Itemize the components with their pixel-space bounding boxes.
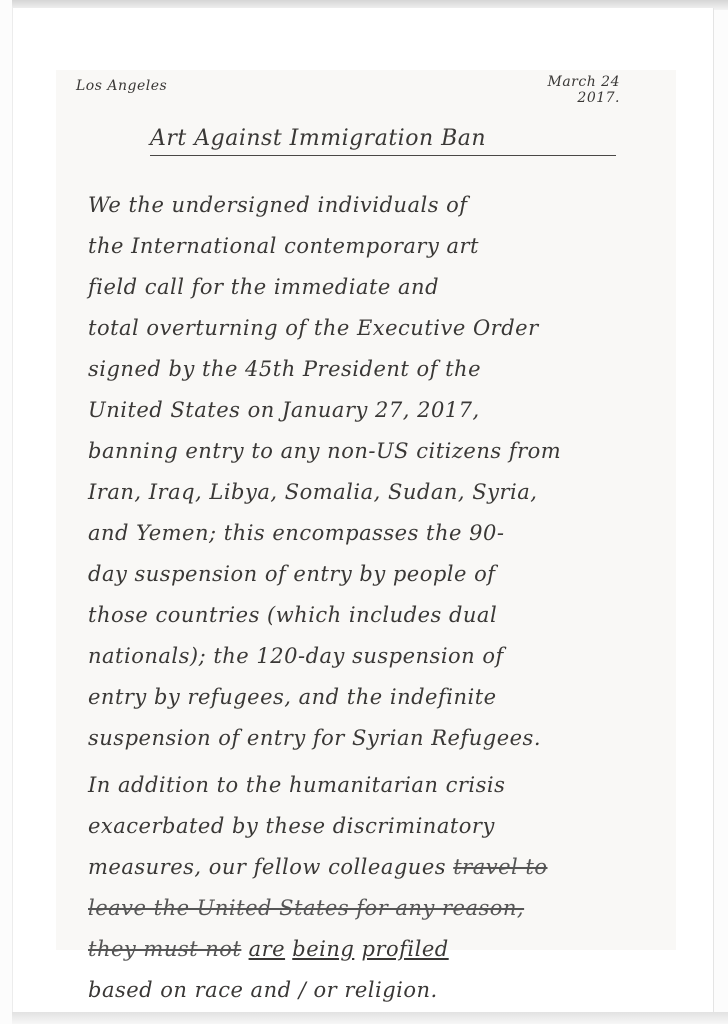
date-line-2: 2017. xyxy=(508,90,620,106)
body-line: those countries (which includes dual xyxy=(88,595,688,636)
letter-title: Art Against Immigration Ban xyxy=(150,126,616,156)
body-line: day suspension of entry by people of xyxy=(88,554,688,595)
underlined-word: profiled xyxy=(362,937,449,961)
body-line: United States on January 27, 2017, xyxy=(88,390,688,431)
body-line: signed by the 45th President of the xyxy=(88,349,688,390)
body-line: suspension of entry for Syrian Refugees. xyxy=(88,718,688,759)
letter-body: We the undersigned individuals of the In… xyxy=(88,185,688,1011)
paragraph-2: In addition to the humanitarian crisis e… xyxy=(88,765,688,1011)
date-line-1: March 24 xyxy=(508,74,620,90)
scan-bottom-edge xyxy=(12,1012,728,1024)
body-line: total overturning of the Executive Order xyxy=(88,308,688,349)
body-line: Iran, Iraq, Libya, Somalia, Sudan, Syria… xyxy=(88,472,688,513)
struck-text: they must not xyxy=(88,937,241,961)
body-line: We the undersigned individuals of xyxy=(88,185,688,226)
body-line: leave the United States for any reason, xyxy=(88,888,688,929)
body-line: entry by refugees, and the indefinite xyxy=(88,677,688,718)
body-line: field call for the immediate and xyxy=(88,267,688,308)
place: Los Angeles xyxy=(76,78,167,94)
underlined-word: being xyxy=(292,937,354,961)
body-line: they must not are being profiled xyxy=(88,929,688,970)
date: March 24 2017. xyxy=(508,74,620,106)
body-line: banning entry to any non-US citizens fro… xyxy=(88,431,688,472)
body-line: exacerbated by these discriminatory xyxy=(88,806,688,847)
body-line: nationals); the 120-day suspension of xyxy=(88,636,688,677)
struck-text: travel to xyxy=(453,855,547,879)
body-line: In addition to the humanitarian crisis xyxy=(88,765,688,806)
body-line: based on race and / or religion. xyxy=(88,970,688,1011)
struck-text: leave the United States for any reason, xyxy=(88,896,524,920)
body-line: the International contemporary art xyxy=(88,226,688,267)
underlined-word: are xyxy=(249,937,286,961)
paragraph-1: We the undersigned individuals of the In… xyxy=(88,185,688,759)
body-text: measures, our fellow colleagues xyxy=(88,855,446,879)
body-line: measures, our fellow colleagues travel t… xyxy=(88,847,688,888)
body-line: and Yemen; this encompasses the 90- xyxy=(88,513,688,554)
